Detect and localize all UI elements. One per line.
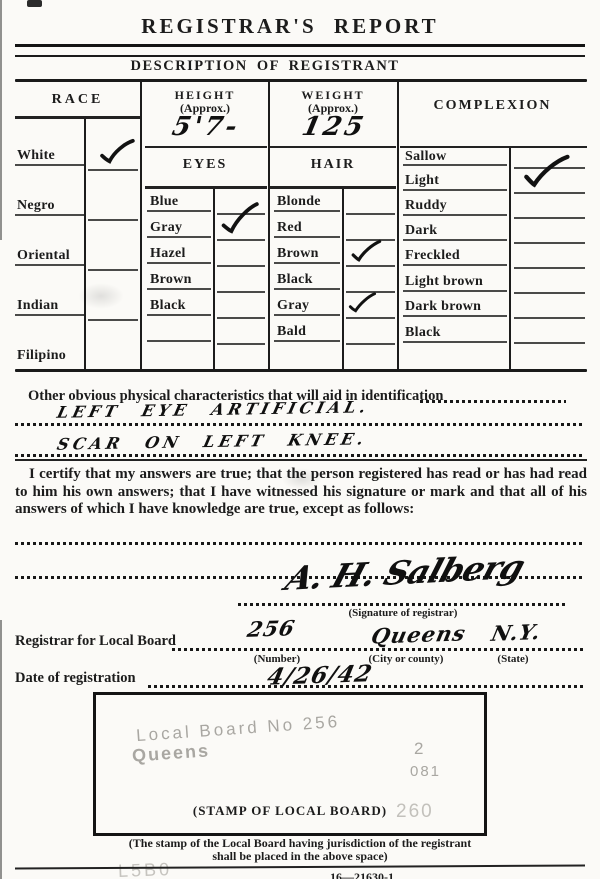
state-caption: (State) bbox=[478, 653, 548, 665]
divider bbox=[147, 210, 211, 212]
scan-smudge bbox=[27, 0, 42, 7]
ghost-stamp-mark: 081 bbox=[410, 763, 441, 780]
divider bbox=[15, 865, 585, 870]
eye-color-option: Gray bbox=[150, 220, 182, 236]
signature-caption: (Signature of registrar) bbox=[268, 607, 538, 619]
divider bbox=[88, 319, 138, 321]
divider bbox=[15, 164, 84, 166]
divider bbox=[346, 317, 395, 319]
table-line bbox=[84, 118, 86, 371]
divider bbox=[147, 262, 211, 264]
registration-date-handwriting: 4/26/42 bbox=[265, 660, 375, 691]
eye-color-option: Brown bbox=[150, 272, 192, 288]
dotted-line bbox=[172, 648, 585, 651]
divider bbox=[403, 290, 507, 292]
complexion-header: COMPLEXION bbox=[400, 98, 585, 114]
board-number-handwriting: 256 bbox=[245, 615, 298, 642]
divider bbox=[514, 317, 585, 319]
divider bbox=[514, 217, 585, 219]
registrar-board-label: Registrar for Local Board bbox=[15, 633, 176, 650]
hair-header: HAIR bbox=[272, 157, 394, 173]
divider bbox=[217, 265, 265, 267]
complexion-option: Light bbox=[405, 173, 439, 189]
complexion-option: Black bbox=[405, 325, 441, 341]
scan-edge-artifact bbox=[0, 0, 2, 240]
divider bbox=[217, 343, 265, 345]
form-number: 16—21630-1 bbox=[330, 870, 394, 879]
race-option: Negro bbox=[17, 198, 55, 214]
complexion-option: Ruddy bbox=[405, 198, 447, 214]
divider bbox=[274, 340, 340, 342]
registration-date-label: Date of registration bbox=[15, 670, 136, 687]
hair-color-option: Brown bbox=[277, 246, 319, 262]
divider bbox=[346, 343, 395, 345]
checkmark-icon bbox=[345, 290, 380, 314]
table-line bbox=[140, 82, 142, 371]
divider bbox=[88, 269, 138, 271]
divider bbox=[88, 219, 138, 221]
hair-color-option: Gray bbox=[277, 298, 309, 314]
divider bbox=[514, 267, 585, 269]
checkmark-icon bbox=[98, 138, 136, 166]
divider bbox=[147, 288, 211, 290]
signature-line bbox=[238, 603, 568, 606]
divider bbox=[274, 236, 340, 238]
complexion-option: Freckled bbox=[405, 248, 460, 264]
scan-edge-artifact bbox=[0, 620, 2, 879]
registrar-signature-handwriting: A. H. Salberg bbox=[231, 544, 579, 600]
divider bbox=[217, 291, 265, 293]
hair-header-underline bbox=[270, 186, 396, 189]
registrars-report-document: REGISTRAR'S REPORT DESCRIPTION OF REGIST… bbox=[0, 0, 600, 879]
race-option: White bbox=[17, 148, 55, 164]
divider bbox=[147, 314, 211, 316]
eyes-header: EYES bbox=[145, 157, 265, 173]
divider bbox=[274, 288, 340, 290]
divider bbox=[403, 164, 507, 166]
weight-value-underline bbox=[270, 146, 396, 148]
stamp-box-caption: (STAMP OF LOCAL BOARD) bbox=[96, 803, 484, 819]
race-option: Oriental bbox=[17, 248, 70, 264]
complexion-option: Light brown bbox=[405, 274, 483, 290]
divider bbox=[147, 236, 211, 238]
divider bbox=[274, 314, 340, 316]
divider bbox=[15, 264, 84, 266]
eye-color-option: Hazel bbox=[150, 246, 186, 262]
dotted-line bbox=[15, 423, 585, 426]
local-board-stamp: Queens bbox=[131, 740, 210, 766]
divider bbox=[403, 239, 507, 241]
divider bbox=[346, 213, 395, 215]
hair-color-option: Red bbox=[277, 220, 302, 236]
section-title: DESCRIPTION OF REGISTRANT bbox=[65, 58, 465, 75]
divider bbox=[514, 292, 585, 294]
divider bbox=[403, 189, 507, 191]
eye-color-option: Black bbox=[150, 298, 186, 314]
complexion-option: Sallow bbox=[405, 149, 446, 165]
divider bbox=[346, 265, 395, 267]
hair-color-option: Blonde bbox=[277, 194, 321, 210]
divider bbox=[15, 459, 587, 461]
table-line bbox=[268, 82, 270, 371]
table-bottom-rule bbox=[15, 369, 587, 372]
table-line bbox=[342, 188, 344, 371]
complexion-option: Dark bbox=[405, 223, 437, 239]
divider bbox=[514, 242, 585, 244]
hair-color-option: Bald bbox=[277, 324, 306, 340]
height-value-handwriting: 5'7- bbox=[147, 112, 265, 142]
race-option: Filipino bbox=[17, 348, 66, 364]
local-board-stamp: Local Board No 256 bbox=[136, 712, 341, 746]
table-line bbox=[213, 188, 215, 371]
race-option: Indian bbox=[17, 298, 59, 314]
checkmark-icon bbox=[521, 151, 571, 190]
divider bbox=[15, 314, 84, 316]
dotted-line bbox=[15, 542, 585, 545]
race-header: RACE bbox=[15, 92, 140, 108]
ghost-stamp-mark: L5B0 bbox=[118, 859, 173, 879]
divider bbox=[403, 341, 507, 343]
divider bbox=[403, 264, 507, 266]
divider bbox=[88, 169, 138, 171]
checkmark-icon bbox=[348, 239, 384, 263]
page-title: REGISTRAR'S REPORT bbox=[90, 14, 490, 39]
hair-color-option: Black bbox=[277, 272, 313, 288]
divider bbox=[217, 239, 265, 241]
table-line bbox=[509, 146, 511, 371]
dotted-line bbox=[15, 454, 585, 457]
height-value-underline bbox=[145, 146, 267, 148]
checkmark-icon bbox=[218, 202, 262, 237]
divider bbox=[514, 342, 585, 344]
dotted-line bbox=[420, 400, 566, 403]
divider bbox=[147, 340, 211, 342]
complexion-header-underline bbox=[400, 146, 587, 148]
identification-entry-handwriting: SCAR ON LEFT KNEE. bbox=[55, 429, 369, 453]
ghost-stamp-mark: 2 bbox=[414, 739, 423, 759]
board-state-handwriting: N.Y. bbox=[489, 619, 544, 646]
race-header-underline bbox=[15, 116, 140, 119]
divider bbox=[274, 262, 340, 264]
stamp-box: Local Board No 256 Queens 2 081 260 (STA… bbox=[93, 692, 487, 836]
divider bbox=[15, 79, 587, 82]
divider bbox=[15, 214, 84, 216]
double-rule bbox=[15, 44, 585, 57]
certification-text: I certify that my answers are true; that… bbox=[15, 466, 587, 519]
eyes-header-underline bbox=[145, 186, 267, 189]
divider bbox=[514, 192, 585, 194]
divider bbox=[403, 214, 507, 216]
board-city-handwriting: Queens bbox=[369, 620, 468, 648]
table-line bbox=[397, 82, 399, 371]
divider bbox=[274, 210, 340, 212]
eye-color-option: Blue bbox=[150, 194, 178, 210]
divider bbox=[403, 315, 507, 317]
complexion-option: Dark brown bbox=[405, 299, 481, 315]
weight-value-handwriting: 125 bbox=[275, 112, 393, 142]
divider bbox=[217, 317, 265, 319]
